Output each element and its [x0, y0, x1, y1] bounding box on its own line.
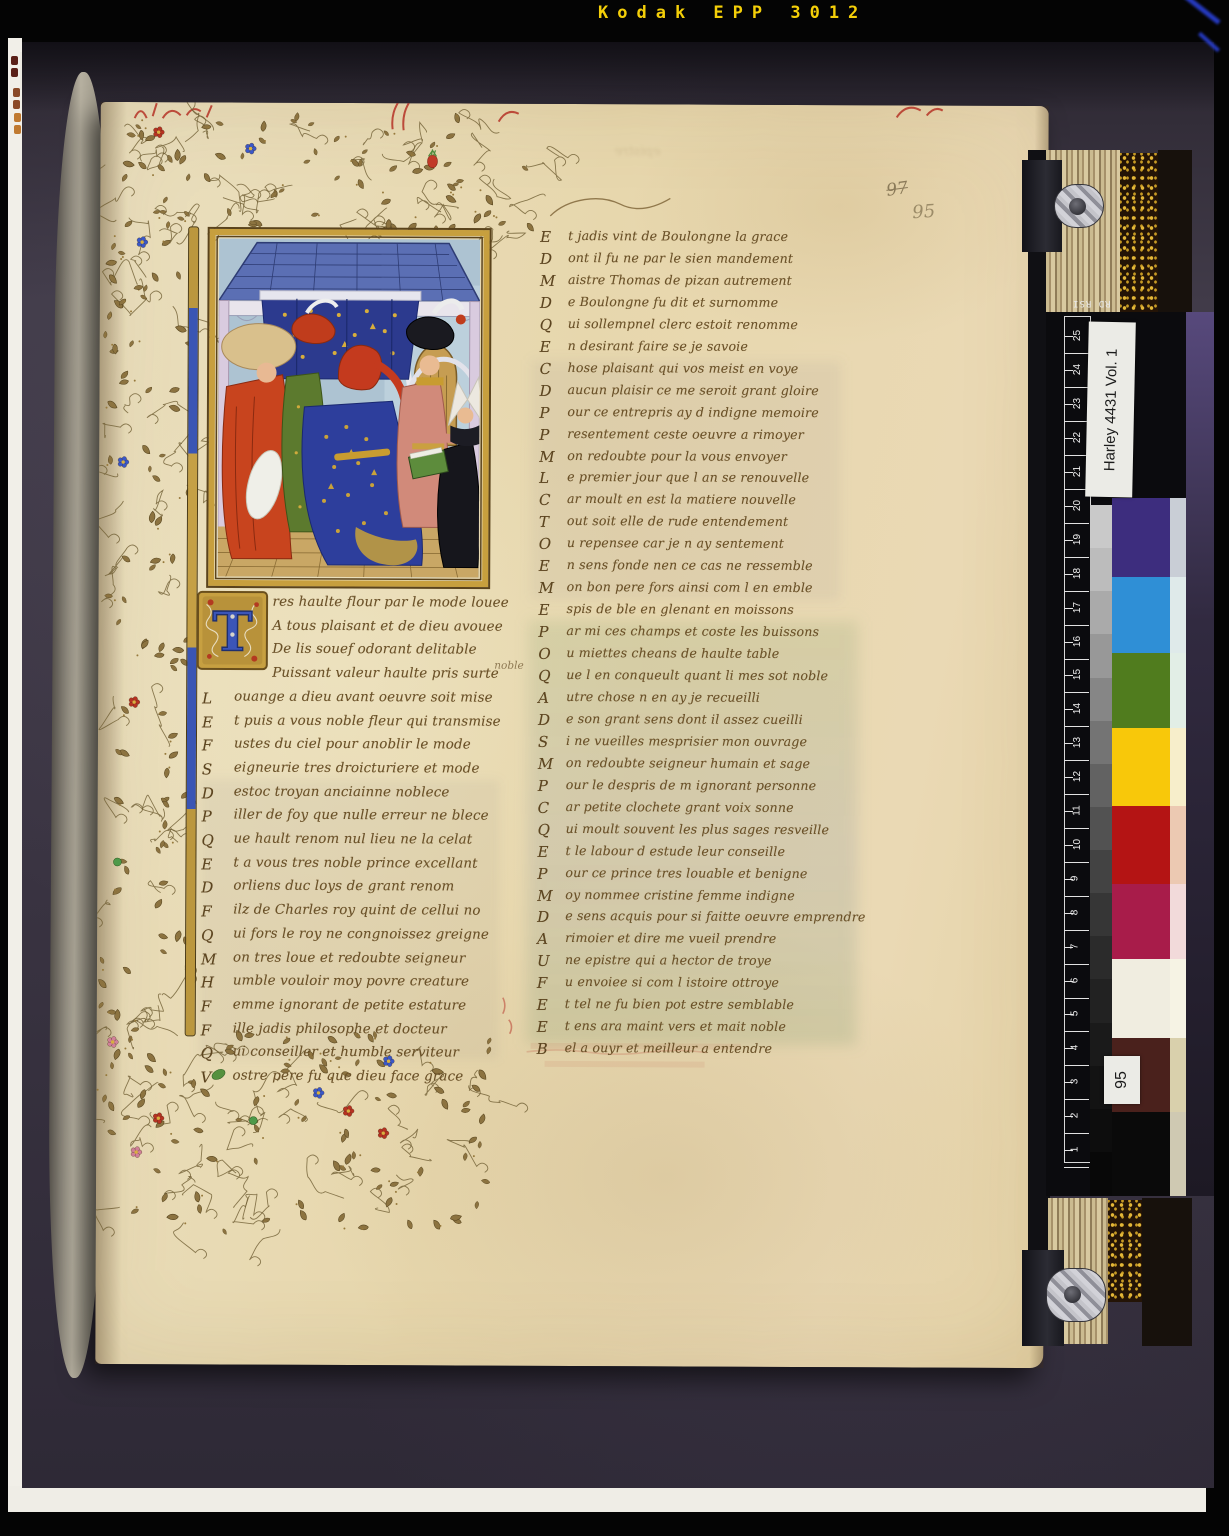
leather-cover-bottom	[1142, 1198, 1192, 1346]
verse-text: ostre pere fu que dieu face grace	[232, 1069, 463, 1085]
ruler-tick	[1064, 1031, 1089, 1032]
ruler-number: 7	[1069, 943, 1080, 949]
light-leak-streak	[1181, 0, 1220, 25]
verse-capital: F	[201, 1021, 212, 1039]
ruler-number: 19	[1072, 534, 1083, 545]
grayscale-step	[1090, 1152, 1112, 1196]
ruler-number: 16	[1072, 635, 1083, 646]
ruler-number: 6	[1069, 977, 1080, 983]
folio-number-struck: 97	[885, 178, 909, 201]
initial-letter-glyph: T	[212, 599, 252, 663]
verse-line: A tous plaisant et de dieu avouee	[272, 618, 502, 634]
verse-capital: M	[538, 755, 554, 773]
verse-text: aucun plaisir ce me seroit grant gloire	[567, 382, 818, 398]
pale-tint-patch	[1170, 806, 1186, 884]
verse-text: u envoiee si com l istoire ottroye	[565, 974, 779, 990]
ruler-number: 17	[1072, 602, 1083, 613]
ruler-number: 9	[1069, 876, 1080, 882]
metal-clamp-bottom	[1046, 1268, 1106, 1322]
grayscale-step	[1090, 850, 1112, 894]
border-flower	[210, 1067, 227, 1081]
verse-capital: F	[202, 737, 213, 755]
manuscript-page: epistre 97 95	[95, 102, 1048, 1368]
verse-capital: M	[540, 272, 556, 290]
verse-capital: D	[539, 381, 551, 399]
verse-text: e premier jour que l an se renouvelle	[567, 469, 809, 485]
ruler-number: 20	[1072, 500, 1083, 511]
ruler-tick	[1064, 1167, 1089, 1168]
verse-text: i ne vueilles mesprisier mon ouvrage	[566, 733, 807, 749]
border-flower	[118, 457, 129, 468]
ruler-tick	[1064, 1133, 1089, 1134]
color-patch	[1112, 577, 1170, 653]
verse-capital: E	[539, 601, 550, 619]
verse-capital: E	[201, 855, 212, 873]
verse-text: ue hault renom nul lieu ne la celat	[234, 832, 473, 848]
ruler-number: 14	[1072, 703, 1083, 714]
verse-capital: M	[201, 950, 217, 968]
color-patch	[1112, 959, 1170, 1038]
grayscale-step	[1090, 936, 1112, 980]
pale-tint-patch	[1170, 498, 1186, 577]
grayscale-step	[1090, 979, 1112, 1023]
ruler-tick	[1064, 387, 1089, 388]
verse-text: t ens ara maint vers et mait noble	[565, 1018, 786, 1034]
verse-text: ui fors le roy ne congnoissez greigne	[233, 926, 489, 942]
border-flower	[108, 1036, 119, 1047]
verse-capital: E	[537, 1018, 548, 1036]
border-flower	[154, 127, 165, 138]
verse-capital: F	[537, 974, 548, 992]
verse-capital: E	[539, 557, 550, 575]
archive-shelfmark-label: Harley 4431 Vol. 1	[1101, 348, 1121, 471]
grayscale-step	[1090, 721, 1112, 765]
ruler-tick	[1064, 930, 1089, 931]
color-patch	[1112, 806, 1170, 884]
ruler-number: 1	[1069, 1147, 1080, 1153]
verse-text: n desirant faire se je savoie	[568, 338, 748, 354]
verse-text: our ce entrepris ay d indigne memoire	[567, 404, 818, 420]
verse-capital: O	[539, 535, 552, 553]
verse-text: umble vouloir moy povre creature	[233, 974, 469, 990]
verse-capital: M	[539, 579, 555, 597]
grayscale-step	[1090, 1109, 1112, 1153]
ruler-tick	[1064, 760, 1089, 761]
verse-text: ont il fu ne par le sien mandement	[568, 250, 793, 266]
ruler-tick	[1064, 726, 1089, 727]
ruler-tick	[1064, 862, 1089, 863]
folio-number: 95	[912, 201, 936, 223]
verse-capital: S	[538, 733, 549, 751]
folio-sticker: 95	[1104, 1056, 1140, 1104]
ruler-number: 5	[1069, 1011, 1080, 1017]
ruler-tick	[1064, 1099, 1089, 1100]
verse-capital: Q	[540, 316, 553, 334]
verse-text: ui conseiller et humble serviteur	[233, 1045, 460, 1061]
verse-capital: D	[201, 879, 213, 897]
ruler-tick	[1064, 998, 1089, 999]
verse-capital: A	[538, 689, 549, 707]
verse-text: hose plaisant qui vos meist en voye	[568, 360, 799, 376]
ruler-tick	[1064, 828, 1089, 829]
verse-text: ar mi ces champs et coste les buissons	[566, 623, 819, 639]
color-patch	[1112, 1112, 1170, 1196]
verse-text: u miettes cheans de haulte table	[566, 645, 779, 661]
ruler-number: 15	[1072, 669, 1083, 680]
verse-capital: D	[540, 294, 552, 312]
verse-capital: E	[540, 338, 551, 356]
verse-capital: C	[540, 360, 552, 378]
verse-text: estoc troyan anciainne noblece	[234, 784, 450, 800]
ruler-number: 25	[1072, 330, 1083, 341]
verse-capital: E	[540, 228, 551, 246]
verse-text: resentement ceste oeuvre a rimoyer	[567, 426, 804, 442]
film-punch-mark	[11, 56, 18, 65]
film-punch-mark	[11, 68, 18, 77]
verse-text: ue l en conqueult quant li mes sot noble	[566, 667, 828, 683]
verse-capital: L	[539, 469, 549, 487]
ruler-number: 12	[1072, 771, 1083, 782]
verse-text: ille jadis philosophe et docteur	[233, 1021, 447, 1037]
ruler-number: 8	[1069, 909, 1080, 915]
verse-text: t puis a vous noble fleur qui transmise	[234, 713, 501, 729]
ruler-tick	[1064, 421, 1089, 422]
ruler-tick	[1064, 1065, 1089, 1066]
border-flower	[245, 143, 256, 154]
verse-capital: H	[201, 974, 214, 992]
verse-text: ar petite clochete grant voix sonne	[566, 799, 794, 815]
verse-capital: U	[537, 952, 550, 970]
verse-text: on bon pere fors ainsi com l en emble	[567, 579, 813, 595]
verse-capital: M	[537, 886, 553, 904]
pale-tint-patch	[1170, 728, 1186, 806]
verse-capital: E	[537, 996, 548, 1014]
gold-tooled-binding-top	[1120, 153, 1158, 312]
ruler-number: 21	[1072, 466, 1083, 477]
verse-capital: S	[202, 760, 213, 778]
presentation-miniature	[206, 226, 493, 589]
verso-text-show-through: epistre	[540, 144, 660, 167]
film-mount-left-edge	[8, 38, 22, 1512]
grayscale-step	[1090, 678, 1112, 722]
verse-text: ilz de Charles roy quint de cellui no	[233, 903, 480, 919]
verse-text: ouange a dieu avant oeuvre soit mise	[234, 689, 493, 705]
verse-capital: P	[539, 425, 549, 443]
verse-capital: L	[202, 689, 212, 707]
verse-text: e son grant sens dont il assez cueilli	[566, 711, 803, 727]
ruler-number: 10	[1072, 839, 1083, 850]
marginal-gloss: noble	[494, 660, 523, 672]
verse-capital: P	[537, 864, 547, 882]
verse-text: our le despris de m ignorant personne	[566, 777, 817, 793]
ruler-tick	[1064, 692, 1089, 693]
verse-text: our ce prince tres louable et benigne	[565, 865, 807, 881]
verse-capital: Q	[201, 1045, 214, 1063]
verse-capital: C	[539, 491, 551, 509]
ruler-number: 22	[1072, 432, 1083, 443]
verse-capital: O	[538, 645, 551, 663]
verse-line: res haulte flour par le mode louee	[273, 595, 509, 611]
leather-cover-top	[1158, 150, 1192, 312]
verse-line: De lis souef odorant delitable	[272, 642, 476, 658]
verse-text: ui moult souvent les plus sages resveill…	[566, 821, 830, 837]
ruler-number: 18	[1072, 568, 1083, 579]
film-punch-mark	[14, 125, 21, 134]
verse-capital: F	[201, 997, 212, 1015]
metal-clamp-top	[1054, 184, 1104, 228]
verse-text: iller de foy que nulle erreur ne blece	[234, 808, 489, 824]
film-punch-mark	[13, 88, 20, 97]
verse-text: aistre Thomas de pizan autrement	[568, 272, 792, 288]
ruler-tick	[1064, 964, 1089, 965]
verse-capital: Q	[201, 926, 214, 944]
illuminated-initial: T	[196, 590, 268, 670]
color-patch	[1112, 498, 1170, 577]
verse-capital: M	[539, 447, 555, 465]
ruler-number: 23	[1072, 398, 1083, 409]
border-flower	[113, 858, 121, 866]
verse-text: orliens duc loys de grant renom	[233, 879, 454, 895]
grayscale-step	[1090, 505, 1112, 549]
verse-capital: P	[539, 403, 549, 421]
film-scan-frame: Kodak EPP 3012 epistre	[0, 0, 1229, 1536]
pale-tint-patch	[1170, 959, 1186, 1038]
verse-capital: E	[202, 713, 213, 731]
ruler-tick	[1064, 353, 1089, 354]
ruler-tick	[1064, 557, 1089, 558]
bar-orientation-label: RD RSI	[1072, 298, 1111, 308]
ruler-tick	[1064, 896, 1089, 897]
verse-capital: Q	[201, 831, 214, 849]
verse-capital: Q	[538, 667, 551, 685]
verse-capital: D	[540, 250, 552, 268]
border-flower	[249, 1117, 257, 1125]
verse-capital: C	[538, 799, 550, 817]
border-flower	[129, 697, 140, 708]
verse-text: t jadis vint de Boulongne la grace	[568, 228, 788, 244]
verse-capital: A	[537, 930, 548, 948]
film-punch-mark	[13, 100, 20, 109]
verse-capital: Q	[538, 820, 551, 838]
ruler-number: 24	[1072, 364, 1083, 375]
border-flower	[137, 237, 148, 248]
verse-text: oy nommee cristine femme indigne	[565, 886, 795, 902]
film-brand-label: Kodak EPP 3012	[598, 3, 867, 23]
border-flower	[131, 1147, 142, 1158]
verse-capital: B	[537, 1040, 548, 1058]
border-flower	[427, 149, 437, 167]
folio-sticker-label: 95	[1113, 1071, 1131, 1089]
grayscale-step	[1090, 548, 1112, 592]
verse-text: utre chose n en ay je recueilli	[566, 689, 760, 705]
verse-text: e sens acquis pour si faitte oeuvre empr…	[565, 908, 865, 924]
verse-capital: D	[538, 711, 550, 729]
verse-capital: E	[537, 842, 548, 860]
ruler-number: 13	[1072, 737, 1083, 748]
border-flower	[313, 1087, 324, 1098]
verse-text: emme ignorant de petite estature	[233, 997, 467, 1013]
verse-line: Puissant valeur haulte pris surte	[272, 666, 499, 682]
ruler-tick	[1064, 794, 1089, 795]
grayscale-step	[1090, 807, 1112, 851]
color-patch	[1112, 884, 1170, 959]
ruler-number: 3	[1069, 1079, 1080, 1085]
ruler-tick	[1064, 523, 1089, 524]
verse-capital: D	[537, 908, 549, 926]
archive-shelfmark-sticker: Harley 4431 Vol. 1	[1085, 322, 1136, 498]
color-patch	[1112, 653, 1170, 728]
pale-tint-patch	[1170, 884, 1186, 959]
verse-capital: P	[202, 808, 212, 826]
color-patch	[1112, 728, 1170, 806]
verse-text: spis de ble en glenant en moissons	[567, 601, 794, 617]
verse-capital: D	[202, 784, 214, 802]
grayscale-step	[1090, 634, 1112, 678]
verse-text: on tres loue et redoubte seigneur	[233, 950, 465, 966]
verse-capital: V	[200, 1068, 211, 1086]
verse-text: rimoier et dire me vueil prendre	[565, 930, 776, 946]
border-flower	[378, 1128, 389, 1139]
ruler-number: 2	[1069, 1113, 1080, 1119]
verse-text: t a vous tres noble prince excellant	[233, 855, 477, 871]
verse-capital: T	[539, 513, 549, 531]
pale-tint-patch	[1170, 1112, 1186, 1196]
grayscale-step	[1090, 893, 1112, 937]
verse-text: ui sollempnel clerc estoit renomme	[568, 316, 798, 332]
ruler-tick	[1064, 659, 1089, 660]
verse-text: ustes du ciel pour anoblir le mode	[234, 737, 471, 753]
pale-tint-patch	[1170, 653, 1186, 728]
verse-capital: F	[201, 902, 212, 920]
ruler-tick	[1064, 625, 1089, 626]
verse-text: out soit elle de rude entendement	[567, 513, 788, 529]
gold-tooled-binding-bottom	[1108, 1200, 1142, 1302]
ruler-tick	[1064, 591, 1089, 592]
verse-text: eigneurie tres droicturiere et mode	[234, 760, 480, 776]
grayscale-step	[1090, 591, 1112, 635]
verse-text: e Boulongne fu dit et surnomme	[568, 294, 778, 310]
film-punch-mark	[14, 113, 21, 122]
verse-text: el a ouyr et meilleur a entendre	[565, 1040, 773, 1056]
verse-text: ne epistre qui a hector de troye	[565, 952, 772, 968]
ruler-number: 11	[1072, 805, 1083, 815]
verse-capital: P	[538, 777, 548, 795]
border-flower	[153, 1113, 164, 1124]
pale-tint-patch	[1170, 577, 1186, 653]
verse-text: ar moult en est la matiere nouvelle	[567, 491, 796, 507]
film-mount-bottom-edge	[8, 1486, 1206, 1512]
border-flower	[343, 1106, 354, 1117]
verse-text: t le labour d estude leur conseille	[565, 843, 785, 859]
pale-tint-patch	[1170, 1038, 1186, 1112]
verse-text: on redoubte seigneur humain et sage	[566, 755, 810, 771]
verse-text: u repensee car je n ay sentement	[567, 535, 784, 551]
verse-text: t tel ne fu bien pot estre semblable	[565, 996, 794, 1012]
backdrop-sliver	[1186, 312, 1214, 1196]
grayscale-step	[1090, 764, 1112, 808]
verse-text: n sens fonde nen ce cas ne ressemble	[567, 557, 813, 573]
verse-capital: P	[538, 623, 548, 641]
ruler-number: 4	[1069, 1045, 1080, 1051]
verse-text: on redoubte pour la vous envoyer	[567, 447, 787, 463]
